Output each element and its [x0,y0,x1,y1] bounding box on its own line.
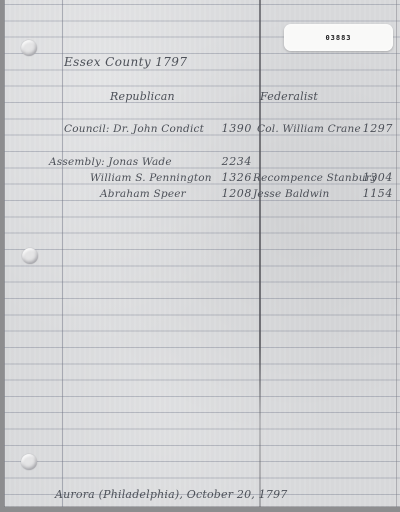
assembly-row2-republican-votes: 1326 [218,171,252,184]
council-federalist-votes: 1297 [359,122,393,135]
catalog-number: 03883 [325,34,351,42]
scanned-document-page: 03883 Essex County 1797 Republican Feder… [0,0,400,512]
center-crease-line [259,0,261,507]
assembly-row2-federalist-votes: 1304 [359,171,393,184]
punch-hole-top [21,40,37,56]
assembly-row3-federalist-votes: 1154 [359,187,393,200]
column-header-federalist: Federalist [260,90,318,103]
notebook-paper [4,0,400,507]
page-title: Essex County 1797 [64,56,187,69]
council-federalist-entry: Col. William Crane [257,123,361,136]
assembly-row3-federalist-name: Jesse Baldwin [253,188,330,201]
assembly-row3-republican-name: Abraham Speer [100,188,186,201]
paper-right-edge [396,0,397,507]
assembly-row2-republican-name: William S. Pennington [90,172,212,185]
catalog-label: 03883 [284,24,393,51]
assembly-republican-entry: Assembly: Jonas Wade [49,156,172,169]
council-republican-votes: 1390 [218,122,252,135]
assembly-row3-republican-votes: 1208 [218,187,252,200]
punch-hole-middle [22,248,38,264]
source-citation: Aurora (Philadelphia), October 20, 1797 [55,488,287,501]
council-republican-entry: Council: Dr. John Condict [64,123,204,136]
left-margin-line [62,0,63,507]
column-header-republican: Republican [110,90,175,103]
punch-hole-bottom [21,454,37,470]
assembly-republican-votes: 2234 [218,155,252,168]
